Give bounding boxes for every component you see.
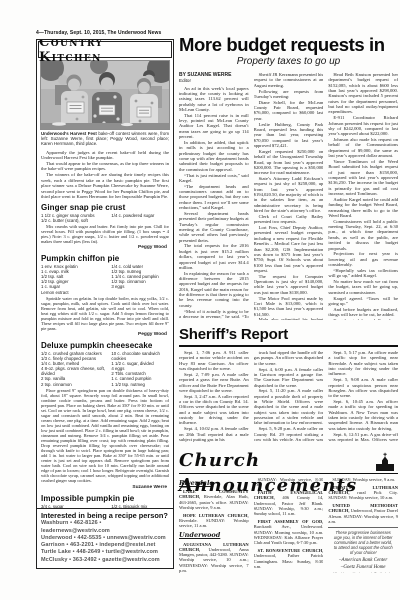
recipe-person-box: Interested in being a recipe person? Was… <box>37 508 173 568</box>
church-name: ST. JOHN’S LUTHERAN CHURCH, <box>254 572 324 573</box>
article-paragraph: Johnson also made his request on behalf … <box>328 137 398 158</box>
budget-article-column-3: Head Beth Knutson presented her departme… <box>328 72 398 320</box>
recipe-person-contacts: Washburn • 462-8126 • leadernews@westriv… <box>41 520 169 564</box>
sheriffs-report-heading: Sheriff’s Report <box>179 326 398 347</box>
photo-illustration <box>41 61 170 129</box>
page-folio: 4—Thursday, Sept. 10, 2015, The Underwoo… <box>36 30 161 36</box>
recipe-person-contact: Garrison • 463-2201 • independ@restel.ne… <box>41 542 169 549</box>
intro-paragraph: The winners of the bake-off are sharing … <box>41 172 169 199</box>
recipe-byline: Suzanne Werre <box>41 485 167 491</box>
article-paragraph: Head Beth Knutson presented her departme… <box>328 72 398 115</box>
article-paragraph: Male also submitted his budget request f… <box>254 317 324 320</box>
ingredient: 2 tsp. cinnamon <box>41 382 111 387</box>
ingredient: 10 c. chocolate sandwich cookies <box>111 351 169 361</box>
byline-role: Editor <box>179 78 249 84</box>
church-details: Riverdale. SUNDAY: Worship service, 11 a… <box>179 518 249 528</box>
article-paragraph: Commissioners will hold a public meeting… <box>328 219 398 251</box>
church-listing: FIRST ASSEMBLY OF GOD, Burckardt Ave., U… <box>254 519 324 545</box>
church-area-header: Underwood <box>179 531 249 539</box>
article-paragraph: Projections for next year is lowering oi… <box>328 251 398 267</box>
ingredient: 4 8-oz. pkgs. cream cheese, soft, divide… <box>41 366 111 376</box>
sheriff-entry: Sept. 2, 7:09 p.m. A male caller reporte… <box>179 372 249 393</box>
article-paragraph: And before budgets are finalized, things… <box>328 307 398 318</box>
article-paragraph: That 114 percent raise is in mill levy, … <box>179 113 249 140</box>
article-paragraph: Auditor Kargel noted he could add fundin… <box>328 197 398 218</box>
recipe-instructions: Sprinkle water on gelatin. In top double… <box>41 296 169 331</box>
recipe-pumpkin-chiffon-pie: Pumpkin chiffon pie 1 env. Knox gelatin1… <box>41 254 169 338</box>
sheriff-entry: Sept. 6, 12:51 p.m. A gas drive-off was … <box>328 432 398 442</box>
recipe-ginger-snap-pie-crust: Ginger snap pie crust 1 1/2 c. ginger sn… <box>41 203 169 251</box>
sponsor-box: These progressive businesses urge you, i… <box>328 527 398 573</box>
recipe-person-contact: McClusky • 363-2492 • gazette@westriv.co… <box>41 557 169 564</box>
sheriff-entry: Sept. 3, 2:47 a.m. A caller reported a c… <box>179 394 249 426</box>
church-announcements-banner: Church Announcements <box>179 448 398 474</box>
sheriff-column-1: Sept. 1, 7:06 p.m. A 911 caller reported… <box>179 350 249 442</box>
recipe-title: Deluxe pumpkin cheesecake <box>41 341 169 350</box>
ingredient: 1 1/2 tsp. nutmeg <box>111 382 169 387</box>
article-paragraph: Kargel agreed. “Taxes will be going up.” <box>328 296 398 307</box>
sponsor-name: –Goetz Funeral Home <box>328 565 398 572</box>
sheriff-entry: truck had ripped the handle off the gas … <box>254 350 324 366</box>
newspaper-page: 4—Thursday, Sept. 10, 2015, The Underwoo… <box>0 0 400 600</box>
church-listing: AUGUSTANA LUTHERAN CHURCH, Underwood, An… <box>179 542 249 573</box>
recipe-byline: Peggy Wood <box>41 245 167 251</box>
article-paragraph: The total requests for the 2016 budget i… <box>179 243 249 270</box>
church-listing: HOPE LUTHERAN CHURCH, Riverdale. SUNDAY:… <box>179 513 249 529</box>
recipe-person-contact: Underwood • 442-5535 • unnews@westriv.co… <box>41 535 169 542</box>
article-paragraph: Vance Tomlinson of the Weed Board submit… <box>328 159 398 196</box>
intro-paragraph: That would appear to be the consensus, a… <box>41 161 169 172</box>
church-name: HOPE LUTHERAN CHURCH, <box>183 513 249 518</box>
article-paragraph: In addition, he added, that uptick in mi… <box>179 140 249 172</box>
church-details: Burckardt Ave., Underwood. SUNDAY: Morni… <box>254 524 324 545</box>
recipe-person-contact: Washburn • 462-8126 • leadernews@westriv… <box>41 520 169 535</box>
article-paragraph: Sheriff JR Kerzmann presented his reques… <box>254 72 324 88</box>
article-byline: BY SUZANNE WERRE Editor <box>179 72 249 84</box>
right-section: More budget requests in Property taxes t… <box>179 34 398 573</box>
sheriff-entry: Sept. 1, 7:06 p.m. A 911 caller reported… <box>179 350 249 371</box>
church-name: FIRST ASSEMBLY OF GOD, <box>258 519 324 524</box>
bake-off-intro: Apparently the judges at the recent bake… <box>41 150 169 200</box>
article-paragraph: Following are requests from Tuesday’s me… <box>254 89 324 100</box>
church-listing: UNITED METHODIST CHURCH, Underwood, Past… <box>328 503 398 524</box>
recipe-title: Ginger snap pie crust <box>41 203 169 212</box>
budget-article-column-1: BY SUZANNE WERRE Editor An ad in this we… <box>179 72 249 320</box>
church-listing: Underwood <box>179 531 249 539</box>
church-listing: ST. BONAVENTURE CHURCH, Underwood, Fathe… <box>254 548 324 569</box>
article-paragraph: “That is just estimated costs,” said Kar… <box>179 173 249 184</box>
article-paragraph: Diane Schell, for the McLean County Fair… <box>254 100 324 121</box>
article-paragraph: Several department heads presented their… <box>179 211 249 243</box>
recipe-instructions: Place greased 9″ springform pan on doubl… <box>41 388 169 484</box>
article-paragraph: “Hopefully sales tax collections will go… <box>328 268 398 279</box>
recipe-deluxe-pumpkin-cheesecake: Deluxe pumpkin cheesecake 1/2 c. crushed… <box>41 341 169 491</box>
country-kitchen-body: Apparently the judges at the recent bake… <box>41 150 169 558</box>
budget-subhead: Property taxes to go up <box>179 56 398 68</box>
ingredient: Lemon extract <box>41 290 111 295</box>
sponsor-locations: Washburn, Underwood, Turtle Lake <box>328 572 398 574</box>
sheriff-entry: Sept. 5, 11:20 p.m. A male caller report… <box>254 388 324 425</box>
sheriff-entry: Sept. 5, 9:28 p.m. A male caller on Coun… <box>254 426 324 442</box>
sheriff-entry: Sept. 4, 10:02 p.m. A female caller on 2… <box>179 426 249 442</box>
church-announcements-heading: Church Announcements <box>179 450 357 496</box>
article-paragraph: Clerk of Court Cathy Bailey presented tw… <box>254 214 324 225</box>
article-paragraph: Kargel requested $250,000 on behalf of t… <box>254 149 324 176</box>
ingredient: 1/4 c. powdered sugar <box>111 213 169 218</box>
recipe-instructions: Mix crumbs with sugar and butter. Pat fi… <box>41 224 169 244</box>
article-paragraph: State’s Attorney Ladd Erickson’s request… <box>254 176 324 213</box>
recipe-person-heading: Interested in being a recipe person? <box>41 512 169 521</box>
sheriff-entry: Sept. 5, 5:17 p.m. An officer made a tra… <box>328 350 398 377</box>
recipe-byline: Peggy Wood <box>41 332 167 338</box>
sheriff-entry: Sept. 4, 6:00 p.m. A female caller in Ga… <box>254 367 324 388</box>
sheriffs-report-section: Sheriff’s Report Sept. 1, 7:06 p.m. A 91… <box>179 326 398 442</box>
ingredient: 3 eggs <box>111 284 169 289</box>
article-paragraph: E-911 Coordinator Richard Johnson presen… <box>328 115 398 136</box>
church-name: ST. BONAVENTURE CHURCH, <box>258 548 324 553</box>
article-paragraph: “The department heads and commissioners … <box>179 184 249 211</box>
budget-headline: More budget requests in <box>179 34 398 55</box>
sheriff-entry: Sept. 5, 9:08 a.m. A male caller reporte… <box>328 377 398 398</box>
bake-off-photo <box>40 60 170 130</box>
sheriff-entry: Sept. 6, 10:45 a.m. An officer made a tr… <box>328 399 398 431</box>
article-paragraph: The request for Computer Operations is j… <box>254 274 324 295</box>
country-kitchen-section: Country Kitchen <box>36 39 174 569</box>
article-paragraph: In explaining the reason for such a diff… <box>179 271 249 308</box>
recipe-ingredients: 1/2 c. crushed graham crackers1/3 c. fin… <box>41 351 169 387</box>
budget-article: BY SUZANNE WERRE Editor An ad in this we… <box>179 72 398 320</box>
photo-caption: Underwood’s Harvest Fest bake-off contes… <box>41 131 169 147</box>
article-paragraph: No matter how much we cut from the budge… <box>328 279 398 295</box>
sponsor-note: These progressive businesses urge you, i… <box>332 531 394 556</box>
article-paragraph: An ad in this week’s local papers indica… <box>179 86 249 113</box>
intro-paragraph: Apparently the judges at the recent bake… <box>41 150 169 161</box>
recipe-person-contact: Turtle Lake • 448-2649 • turtle@westriv.… <box>41 549 169 556</box>
article-paragraph: Kargel noted he and Foss have been going… <box>328 318 398 320</box>
church-details: Underwood, Father Patrick Cunningham. Ma… <box>254 553 324 569</box>
church-icon <box>375 452 395 472</box>
article-paragraph: Lori Foss, Chief Deputy Auditor, present… <box>254 225 324 273</box>
recipe-title: Pumpkin chiffon pie <box>41 254 169 263</box>
ingredient: 1/2 c. butter (scant), soft <box>41 218 111 223</box>
recipe-ingredients: 1 env. Knox gelatin1 c. evap. milk1/2 ts… <box>41 264 169 295</box>
recipe-title: Impossible pumpkin pie <box>41 494 169 503</box>
sheriff-column-2: truck had ripped the handle off the gas … <box>254 350 324 442</box>
sheriff-column-3: Sept. 5, 5:17 p.m. An officer made a tra… <box>328 350 398 442</box>
church-announcements-section: Church Announcements Riverdale LAKE COMM… <box>179 448 398 573</box>
church-listing: ST. JOHN’S LUTHERAN CHURCH, Underwood. <box>254 572 324 573</box>
article-paragraph: Leslie Hultberg, County Park Board, requ… <box>254 122 324 149</box>
budget-article-column-2: Sheriff JR Kerzmann presented his reques… <box>254 72 324 320</box>
country-kitchen-title: Country Kitchen <box>38 41 172 58</box>
sponsor-name: –American Bank Center <box>328 558 398 565</box>
recipe-ingredients: 1 1/2 c. ginger snap crumbs1/2 c. butter… <box>41 213 169 223</box>
article-paragraph: The Motor Pool request made by Cori Male… <box>254 296 324 317</box>
article-paragraph: “Most of it actually is going to be a de… <box>179 309 249 320</box>
